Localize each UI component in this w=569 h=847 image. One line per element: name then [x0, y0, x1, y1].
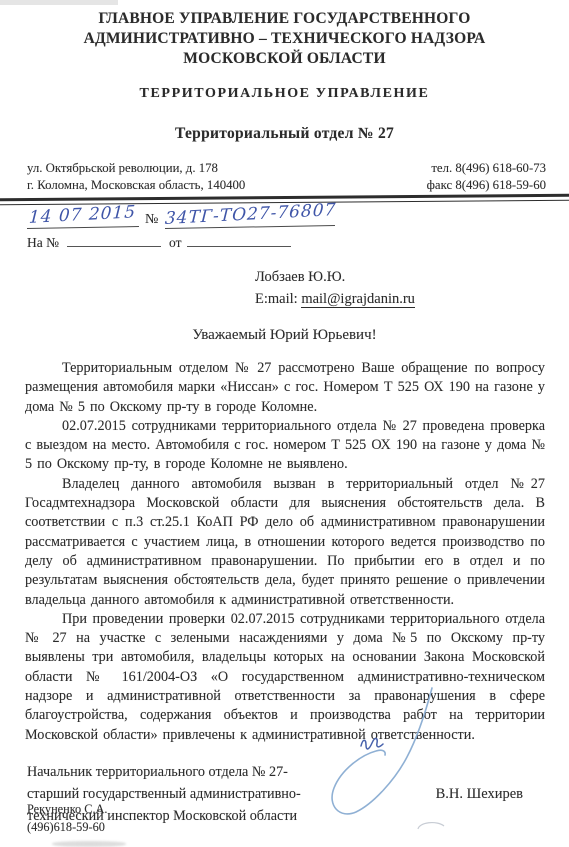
- recipient-name: Лобзаев Ю.Ю.: [255, 266, 569, 288]
- body-paragraph-1: Территориальным отделом № 27 рассмотрено…: [25, 359, 545, 417]
- org-header: ГЛАВНОЕ УПРАВЛЕНИЕ ГОСУДАРСТВЕННОГО АДМИ…: [0, 9, 569, 69]
- sender-address-line-2: г. Коломна, Московская область, 140400: [27, 177, 245, 194]
- outgoing-number-field: 34ТГ-ТО27-76807: [165, 205, 335, 229]
- letter-body: Территориальным отделом № 27 рассмотрено…: [0, 359, 569, 745]
- reply-reference-row: На №от: [27, 232, 569, 251]
- signatory-position-line-1: Начальник территориального отдела № 27-: [27, 761, 301, 783]
- outgoing-date-field: 14 07 2015: [27, 206, 139, 229]
- division-title: ТЕРРИТОРИАЛЬНОЕ УПРАВЛЕНИЕ: [0, 86, 569, 102]
- signatory-name: В.Н. Шехирев: [436, 783, 545, 805]
- recipient-email-line: E:mail: mail@igrajdanin.ru: [255, 288, 569, 310]
- outgoing-reference-row: 14 07 2015№34ТГ-ТО27-76807: [27, 208, 569, 229]
- recipient-block: Лобзаев Ю.Ю. E:mail: mail@igrajdanin.ru: [255, 266, 569, 310]
- sender-address: ул. Октябрьской революции, д. 178 г. Кол…: [27, 160, 245, 193]
- executor-block: Рекуненко С.А. (496)618-59-60: [27, 801, 108, 836]
- org-name-line-2: АДМИНИСТРАТИВНО – ТЕХНИЧЕСКОГО НАДЗОРА: [0, 29, 569, 49]
- contact-block: ул. Октябрьской революции, д. 178 г. Кол…: [0, 160, 569, 193]
- department-title: Территориальный отдел № 27: [0, 125, 569, 143]
- sender-fax: факс 8(496) 618-59-60: [427, 177, 546, 194]
- scan-artifact-top: [0, 0, 118, 5]
- reply-number-blank: [67, 232, 161, 247]
- reply-to-label: На №: [27, 235, 59, 250]
- executor-phone: (496)618-59-60: [27, 819, 108, 837]
- number-sign: №: [145, 212, 158, 227]
- handwritten-number: 34ТГ-ТО27-76807: [165, 200, 338, 229]
- reply-date-blank: [187, 232, 291, 247]
- scan-artifact-bottom: [52, 841, 126, 847]
- org-name-line-1: ГЛАВНОЕ УПРАВЛЕНИЕ ГОСУДАРСТВЕННОГО: [0, 9, 569, 29]
- scanned-letter-page: ГЛАВНОЕ УПРАВЛЕНИЕ ГОСУДАРСТВЕННОГО АДМИ…: [0, 0, 569, 847]
- reply-from-label: от: [169, 235, 181, 250]
- email-link[interactable]: mail@igrajdanin.ru: [301, 291, 415, 308]
- reference-block: 14 07 2015№34ТГ-ТО27-76807 На №от: [0, 208, 569, 251]
- sender-phone: тел. 8(496) 618-60-73: [427, 160, 546, 177]
- salutation: Уважаемый Юрий Юрьевич!: [0, 327, 569, 344]
- handwritten-date: 14 07 2015: [29, 202, 137, 228]
- sender-phones: тел. 8(496) 618-60-73 факс 8(496) 618-59…: [427, 160, 546, 193]
- body-paragraph-2: 02.07.2015 сотрудниками территориального…: [25, 417, 545, 475]
- executor-name: Рекуненко С.А.: [27, 801, 108, 819]
- org-name-line-3: МОСКОВСКОЙ ОБЛАСТИ: [0, 49, 569, 69]
- body-paragraph-4: При проведении проверки 02.07.2015 сотру…: [25, 610, 545, 745]
- email-label: E:mail:: [255, 291, 298, 307]
- sender-address-line-1: ул. Октябрьской революции, д. 178: [27, 160, 245, 177]
- body-paragraph-3: Владелец данного автомобиля вызван в тер…: [25, 475, 545, 610]
